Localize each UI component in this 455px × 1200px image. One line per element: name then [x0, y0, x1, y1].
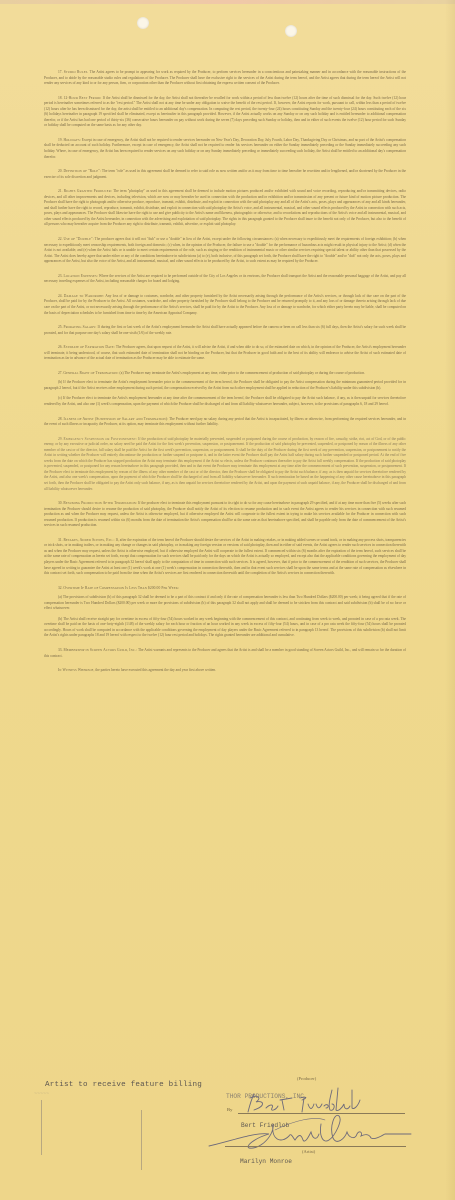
paragraph-number: 32. — [58, 586, 63, 590]
paragraph-number: 31. — [58, 538, 63, 542]
paragraph-number: 30. — [58, 501, 63, 505]
paper-top-edge — [0, 0, 455, 4]
contract-paragraph: 19. Holidays: Except in case of emergenc… — [44, 138, 406, 160]
paragraph-number: 28. — [58, 417, 63, 421]
paragraph-text: If during the first or last week of the … — [44, 325, 406, 335]
paragraph-heading: Definition of "Role": — [63, 169, 100, 173]
paragraph-text: If, after the expiration of the term her… — [44, 538, 406, 575]
margin-line-right — [141, 1110, 142, 1170]
witness-heading: In Witness Whereof, — [58, 668, 94, 672]
contract-subsection: (b) If the Producer elect to terminate t… — [44, 380, 406, 391]
contract-paragraph: 21. Rights Granted Producer: The term "p… — [44, 189, 406, 228]
producer-signer-name: Bert Friedlob — [241, 1122, 289, 1129]
paragraph-heading: Illness of Artist (Suspension of Salary … — [64, 417, 169, 421]
producer-label: (Producer) — [297, 1076, 316, 1081]
paragraph-text: The producer agrees that it will not "du… — [44, 237, 406, 263]
paragraph-number: 22. — [58, 237, 63, 241]
paragraph-number: 26. — [58, 345, 63, 349]
feature-billing-note: Artist to receive feature billing — [45, 1081, 202, 1089]
paragraph-heading: Holidays: — [63, 138, 80, 142]
artist-label: (Artist) — [302, 1149, 315, 1154]
paragraph-text: Except in case of emergency, the Artist … — [44, 138, 406, 159]
paragraph-number: 17. — [58, 70, 63, 74]
contract-subsection: (a) The provisions of subdivision (b) of… — [44, 595, 406, 612]
paragraph-number: 18. — [58, 96, 63, 100]
paragraph-number: 24. — [58, 294, 63, 298]
paragraph-text: The term "photoplay" as used in this agr… — [44, 189, 406, 226]
punch-hole-left — [137, 17, 149, 29]
contract-paragraph: 17. Studio Rules. The Artist agrees to b… — [44, 70, 406, 87]
contract-subsection: (b) The Artist shall receive straight pa… — [44, 617, 406, 639]
contract-paragraph: 23. Location Expenses: Where the service… — [44, 274, 406, 285]
contract-paragraph: 32. Overtime If Rate of Compensation Is … — [44, 586, 406, 592]
contract-subsection: (c) If the Producer elect to terminate t… — [44, 396, 406, 407]
contract-paragraph: 25. Prorating Salary: If during the firs… — [44, 325, 406, 336]
paragraph-heading: Estimate of Expiration Date: — [63, 345, 114, 349]
paragraph-text: If the Artist shall be dismissed for the… — [44, 96, 406, 128]
paragraph-heading: Prorating Salary: — [63, 325, 96, 329]
paragraph-heading: Rights Granted Producer: — [64, 189, 112, 193]
artist-signature-line — [225, 1146, 406, 1147]
contract-body: 17. Studio Rules. The Artist agrees to b… — [44, 70, 406, 674]
contract-paragraph: 31. Retakes, Added Scenes, Etc.: If, aft… — [44, 538, 406, 577]
paragraph-heading: Emergency Suspension or Postponement: — [64, 437, 138, 441]
paragraph-heading: Studio Rules. — [64, 70, 89, 74]
paragraph-number: 23. — [58, 274, 63, 278]
paragraph-heading: Damage to Wardrobe: — [64, 294, 105, 298]
producer-company: THOR PRODUCTIONS, INC. — [226, 1093, 308, 1100]
paragraph-number: 27. — [58, 371, 63, 375]
paragraph-heading: Location Expenses: — [64, 274, 98, 278]
paragraph-number: 33. — [58, 648, 63, 652]
paragraph-number: 19. — [58, 138, 63, 142]
contract-paragraph: 28. Illness of Artist (Suspension of Sal… — [44, 417, 406, 428]
paragraph-heading: Retakes, Added Scenes, Etc.: — [63, 538, 114, 542]
paragraph-heading: General Right of Termination: — [63, 371, 118, 375]
paragraph-heading: 12-Hour Rest Period: — [64, 96, 102, 100]
witness-clause: In Witness Whereof, the parties hereto h… — [44, 668, 406, 674]
contract-paragraph: 30. Resuming Production After Terminatio… — [44, 501, 406, 529]
paragraph-heading: Membership in Screen Actors Guild, Inc.: — [63, 648, 137, 652]
margin-line-left — [41, 1100, 42, 1155]
paragraph-text: If the production of said photoplay be m… — [44, 437, 406, 491]
contract-paragraph: 22. Use of "Double": The producer agrees… — [44, 237, 406, 265]
faint-stamp: ~~~~~ — [34, 1091, 49, 1097]
contract-paragraph: 24. Damage to Wardrobe: Any loss of or d… — [44, 294, 406, 316]
contract-paragraph: 33. Membership in Screen Actors Guild, I… — [44, 648, 406, 659]
paragraph-number: 25. — [58, 325, 63, 329]
producer-signature-line — [238, 1113, 405, 1114]
paragraph-text: Where the services of the Artist are req… — [44, 274, 406, 284]
contract-paragraph: 20. Definition of "Role": The term "role… — [44, 169, 406, 180]
paragraph-text: (a) The Producer may terminate the Artis… — [120, 371, 366, 375]
contract-page: 17. Studio Rules. The Artist agrees to b… — [0, 0, 455, 1200]
by-label: By — [227, 1107, 232, 1112]
punch-hole-right — [285, 25, 297, 37]
paragraph-heading: Overtime If Rate of Compensation Is Less… — [63, 586, 179, 590]
paper-right-edge — [445, 0, 455, 1200]
paragraph-heading: Use of "Double": — [64, 237, 94, 241]
paragraph-text: The Artist agrees to be prompt in appear… — [44, 70, 406, 85]
contract-paragraph: 26. Estimate of Expiration Date: The Pro… — [44, 345, 406, 362]
contract-paragraph: 27. General Right of Termination: (a) Th… — [44, 371, 406, 377]
paragraph-heading: Resuming Production After Termination: — [63, 501, 137, 505]
artist-signer-name: Marilyn Monroe — [240, 1158, 292, 1165]
paragraph-number: 29. — [58, 437, 63, 441]
contract-paragraph: 29. Emergency Suspension or Postponement… — [44, 437, 406, 492]
paragraph-number: 21. — [58, 189, 63, 193]
paragraph-number: 20. — [58, 169, 63, 173]
witness-text: the parties hereto have executed this ag… — [95, 668, 216, 672]
contract-paragraph: 18. 12-Hour Rest Period: If the Artist s… — [44, 96, 406, 129]
